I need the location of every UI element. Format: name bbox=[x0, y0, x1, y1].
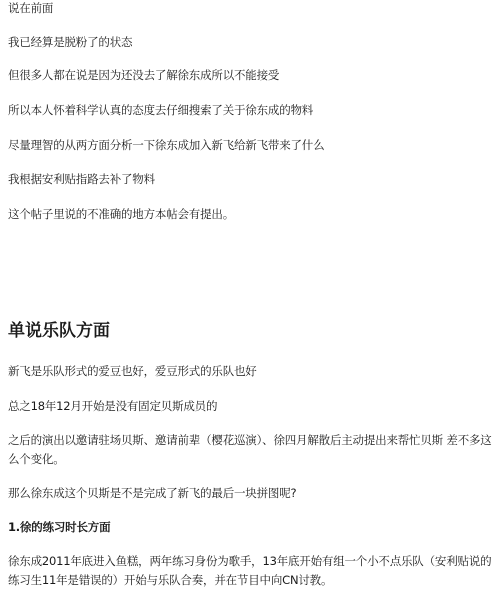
paragraph: 总之18年12月开始是没有固定贝斯成员的 bbox=[8, 397, 492, 416]
section-heading: 单说乐队方面 bbox=[8, 320, 110, 342]
paragraph: 之后的演出以邀请驻场贝斯、邀请前辈（樱花巡演）、徐四月解散后主动提出来帮忙贝斯 … bbox=[8, 431, 492, 469]
intro-line: 说在前面 bbox=[8, 0, 492, 18]
intro-line: 我已经算是脱粉了的状态 bbox=[8, 33, 492, 52]
intro-line: 但很多人都在说是因为还没去了解徐东成所以不能接受 bbox=[8, 66, 492, 85]
subheading: 1.徐的练习时长方面 bbox=[8, 518, 492, 537]
detail-paragraph: 徐东成2011年底进入鱼糕，两年练习身份为歌手，13年底开始有组一个小不点乐队（… bbox=[8, 552, 492, 590]
intro-line: 我根据安利贴指路去补了物料 bbox=[8, 170, 492, 189]
intro-line: 这个帖子里说的不准确的地方本帖会有提出。 bbox=[8, 205, 492, 224]
intro-line: 所以本人怀着科学认真的态度去仔细搜索了关于徐东成的物料 bbox=[8, 101, 492, 120]
paragraph: 新飞是乐队形式的爱豆也好，爱豆形式的乐队也好 bbox=[8, 362, 492, 381]
paragraph: 那么徐东成这个贝斯是不是完成了新飞的最后一块拼图呢? bbox=[8, 484, 492, 503]
intro-line: 尽量理智的从两方面分析一下徐东成加入新飞给新飞带来了什么 bbox=[8, 136, 492, 155]
